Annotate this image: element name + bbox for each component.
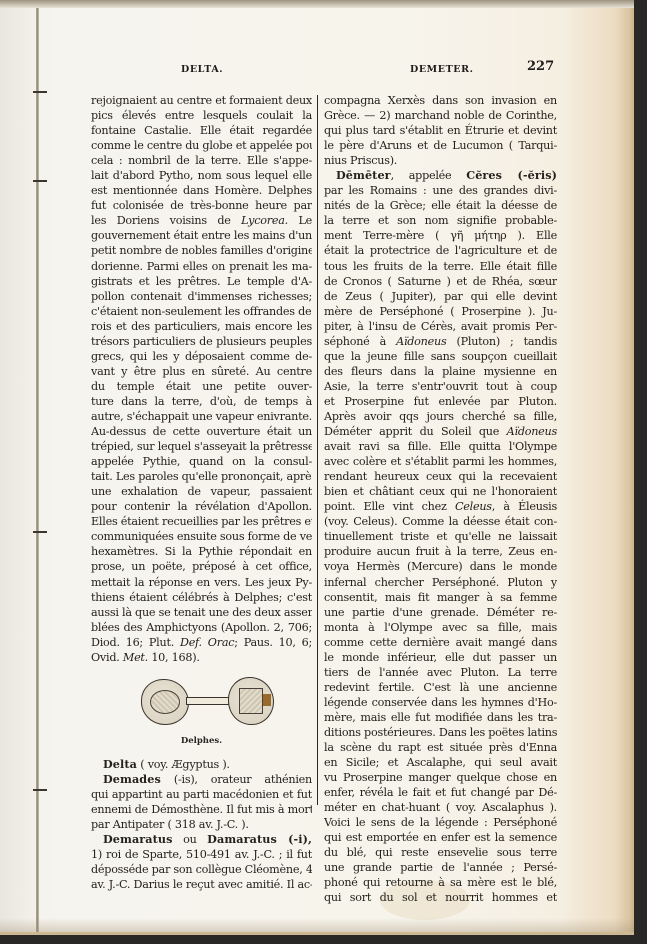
text-line: Elles étaient recueillies par les prêtre… <box>91 514 312 529</box>
text-line: produire aucun fruit à la terre, Zeus en… <box>324 544 557 559</box>
text-line: lait d'abord Pytho, nom sous lequel elle <box>91 168 312 183</box>
entry-text: (-is), orateur athénien <box>161 773 312 786</box>
text-line: tiers de l'année avec Pluton. La terre <box>324 665 557 680</box>
text-line: gouvernement était entre les mains d'un <box>91 228 312 243</box>
text-line: c'étaient non-seulement les offrandes de… <box>91 304 312 319</box>
left-running-head: DELTA. <box>181 64 223 75</box>
text-line: ditions postérieures. Dans les poëtes la… <box>324 725 557 740</box>
page-bottom-edge <box>0 918 634 932</box>
text-line: les Doriens voisins de Lycorea. Le <box>91 213 312 228</box>
coin-illustration: Delphes. <box>91 673 312 751</box>
coin-obverse-ram-head <box>141 679 189 725</box>
text-line: phoné qui retourne à sa mère est le blé, <box>324 875 557 890</box>
text-line: rejoignaient au centre et formaient deux <box>91 93 312 108</box>
right-column: compagna Xerxès dans son invasion en Grè… <box>324 93 557 906</box>
binding-stitch <box>33 789 47 791</box>
text-line: infernal chercher Perséphoné. Pluton y <box>324 575 557 590</box>
text-line: pour contenir la révélation d'Apollon. <box>91 499 312 514</box>
text-line: est mentionnée dans Homère. Delphes <box>91 183 312 198</box>
text-line: dorienne. Parmi elles on prenait les ma- <box>91 259 312 274</box>
text-fragment: 10, 168). <box>151 651 199 664</box>
text-line: blées des Amphictyons (Apollon. 2, 706; <box>91 620 312 635</box>
text-line: mère, mais elle fut modifiée dans les tr… <box>324 710 557 725</box>
binding-stitch <box>33 91 47 93</box>
text-fragment: Le <box>298 214 312 227</box>
entry-delta: Delta ( voy. Ægyptus ). <box>91 757 312 772</box>
text-line: du blé, qui reste ensevelie sous terre <box>324 845 557 860</box>
headword: Damaratus <box>207 832 277 846</box>
headword: Demades <box>103 772 161 786</box>
entry-text: ou <box>173 833 208 846</box>
text-line: pollon contenait d'immenses richesses; <box>91 289 312 304</box>
text-line: qui sort du sol et nourrit hommes et <box>324 890 557 905</box>
text-line: une grande partie de l'année ; Persé- <box>324 860 557 875</box>
text-line: compagna Xerxès dans son invasion en <box>324 93 557 108</box>
text-line: était la protectrice de l'agriculture et… <box>324 243 557 258</box>
text-line: Après avoir qqs jours cherché sa fille, <box>324 409 557 424</box>
binding-stitch <box>33 180 47 182</box>
entry-text: ( voy. Ægyptus ). <box>137 758 230 771</box>
text-line: méter en chat-huant ( voy. Ascalaphus ). <box>324 800 557 815</box>
italic-work-title: Met. <box>123 651 148 664</box>
entry-text: , appelée <box>391 169 467 182</box>
text-line: du temple était une petite ouver- <box>91 379 312 394</box>
text-line: une partie d'une grenade. Déméter re- <box>324 605 557 620</box>
coin-connector <box>186 697 232 705</box>
text-line: nités de la Grèce; elle était la déesse … <box>324 198 557 213</box>
text-line: avait ravi sa fille. Elle quitta l'Olymp… <box>324 439 557 454</box>
right-running-head: DEMETER. <box>410 64 474 75</box>
binding-stitch <box>33 531 47 533</box>
text-line: Au-dessus de cette ouverture était un <box>91 424 312 439</box>
text-line: la scène du rapt est située près d'Enna <box>324 740 557 755</box>
text-line: appelée Pythie, quand on la consul- <box>91 454 312 469</box>
italic-name: Aïdoneus <box>507 425 557 438</box>
italic-name: Aïdoneus <box>396 335 446 348</box>
headword: Cĕres (-ĕris) <box>466 168 557 182</box>
text-line: par les Romains : une des grandes divi- <box>324 183 557 198</box>
figure-caption: Delphes. <box>91 734 312 749</box>
text-line: légende conservée dans les hymnes d'Ho- <box>324 695 557 710</box>
text-line: cela : nombril de la terre. Elle s'appe- <box>91 153 312 168</box>
text-line: 1) roi de Sparte, 510-491 av. J.-C. ; il… <box>91 847 312 862</box>
binding-gutter <box>36 0 39 932</box>
text-line: par Antipater ( 318 av. J.-C. ). <box>91 817 312 832</box>
text-line: ture dans la terre, d'où, de temps à <box>91 394 312 409</box>
page-number: 227 <box>527 59 554 74</box>
text-line: aussi là que se tenait une des deux asse… <box>91 605 312 620</box>
text-line: tait. Les paroles qu'elle prononçait, ap… <box>91 469 312 484</box>
left-column: rejoignaient au centre et formaient deux… <box>91 93 312 892</box>
paper-tab <box>263 694 271 706</box>
text-line: vu Proserpine manger quelque chose en <box>324 770 557 785</box>
text-line: consentit, mais fit manger à sa femme <box>324 590 557 605</box>
text-line: monta à l'Olympe avec sa fille, mais <box>324 620 557 635</box>
book-page: DELTA. DEMETER. 227 rejoignaient au cent… <box>0 0 634 935</box>
text-line: gistrats et les prêtres. Le temple d'A- <box>91 274 312 289</box>
text-line: piter, à l'insu de Cérès, avait promis P… <box>324 319 557 334</box>
text-line: point. Elle vint chez Celeus, à Éleusis <box>324 499 557 514</box>
text-line: des fleurs dans la plaine mysienne en <box>324 364 557 379</box>
text-line: grecs, qui les y déposaient comme de- <box>91 349 312 364</box>
entry-demades: Demades (-is), orateur athénien <box>91 772 312 787</box>
entry-demaratus: Demaratus ou Damaratus (-i), <box>91 832 312 847</box>
text-line: enfer, révéla le fait et fut changé par … <box>324 785 557 800</box>
text-line: trépied, sur lequel s'asseyait la prêtre… <box>91 439 312 454</box>
column-divider <box>317 95 318 805</box>
text-line: av. J.-C. Darius le reçut avec amitié. I… <box>91 877 312 892</box>
italic-work-title: Def. Orac <box>180 636 234 649</box>
text-line: Ovid. Met. 10, 168). <box>91 650 312 665</box>
text-fragment: point. Elle vint chez <box>324 500 447 513</box>
text-line: mettait la réponse en vers. Les jeux Py- <box>91 575 312 590</box>
text-fragment: , à Éleusis <box>492 500 557 513</box>
text-line: et Proserpine fut enlevée par Pluton. <box>324 394 557 409</box>
text-fragment: Ovid. <box>91 651 120 664</box>
text-line: communiquées ensuite sous forme de vers <box>91 529 312 544</box>
text-line: fontaine Castalie. Elle était regardée <box>91 123 312 138</box>
text-line: rois et des particuliers, mais encore le… <box>91 319 312 334</box>
text-line: hexamètres. Si la Pythie répondait en <box>91 544 312 559</box>
text-line: de Cronos ( Saturne ) et de Rhéa, sœur <box>324 274 557 289</box>
text-line: qui appartint au parti macédonien et fut <box>91 787 312 802</box>
binding-fold <box>0 0 36 932</box>
text-line: déposséde par son collègue Cléomène, 491 <box>91 862 312 877</box>
headword: Dēmēter <box>336 168 391 182</box>
text-line: Asie, la terre s'entr'ouvrit tout à coup <box>324 379 557 394</box>
text-line: thiens étaient célébrés à Delphes; c'est <box>91 590 312 605</box>
text-line: Voici le sens de la légende : Perséphoné <box>324 815 557 830</box>
text-fragment: Diod. 16; Plut. <box>91 636 174 649</box>
text-line: nius Priscus). <box>324 153 557 168</box>
headword: Delta <box>103 757 137 771</box>
text-line: Diod. 16; Plut. Def. Orac; Paus. 10, 6; <box>91 635 312 650</box>
text-line: ennemi de Démosthène. Il fut mis à mort <box>91 802 312 817</box>
text-line: fut colonisée de très-bonne heure par <box>91 198 312 213</box>
text-line: la terre et son nom signifie probable- <box>324 213 557 228</box>
text-line: pics élevés entre lesquels coulait la <box>91 108 312 123</box>
goat-head-engraving <box>239 688 263 714</box>
italic-name: Celeus <box>455 500 492 513</box>
text-line: qui plus tard s'établit en Étrurie et de… <box>324 123 557 138</box>
text-line: le père d'Aruns et de Lucumon ( Tarqui- <box>324 138 557 153</box>
text-line: de Zeus ( Jupiter), par qui elle devint <box>324 289 557 304</box>
text-line: vant y être plus en sûreté. Au centre <box>91 364 312 379</box>
text-line: qui est emportée en enfer est la semence <box>324 830 557 845</box>
text-line: mère de Perséphoné ( Proserpine ). Ju- <box>324 304 557 319</box>
text-line: redevint fertile. C'est là une ancienne <box>324 680 557 695</box>
text-line: tinuellement triste et qu'elle ne laissa… <box>324 529 557 544</box>
text-line: que la jeune fille sans soupçon cueillai… <box>324 349 557 364</box>
text-line: (voy. Celeus). Comme la déesse était con… <box>324 514 557 529</box>
text-line: prose, un poëte, préposé à cet office, <box>91 559 312 574</box>
page-top-edge <box>0 0 634 8</box>
text-fragment: ; Paus. 10, 6; <box>234 636 312 649</box>
text-fragment: séphoné à <box>324 335 386 348</box>
text-line: rendant heureux ceux qui la recevaient <box>324 469 557 484</box>
text-line: comme le centre du globe et appelée pour <box>91 138 312 153</box>
text-line: avec colère et s'établit parmi les homme… <box>324 454 557 469</box>
entry-demeter: Dēmēter, appelée Cĕres (-ĕris) <box>324 168 557 183</box>
text-line: voya Hermès (Mercure) dans le monde <box>324 559 557 574</box>
text-line: le monde inférieur, elle dut passer un <box>324 650 557 665</box>
entry-text: (-i), <box>277 832 312 846</box>
text-line: autre, s'échappait une vapeur enivrante. <box>91 409 312 424</box>
text-line: comme cette dernière avait mangé dans <box>324 635 557 650</box>
text-line: séphoné à Aïdoneus (Pluton) ; tandis <box>324 334 557 349</box>
text-line: petit nombre de nobles familles d'origin… <box>91 243 312 258</box>
text-line: ment Terre-mère ( γῆ μήτηρ ). Elle <box>324 228 557 243</box>
text-line: en Sicile; et Ascalaphe, qui seul avait <box>324 755 557 770</box>
text-fragment: Déméter apprit du Soleil que <box>324 425 499 438</box>
ram-head-engraving <box>150 690 180 714</box>
text-line: tous les fruits de la terre. Elle était … <box>324 259 557 274</box>
text-line: trésors particuliers de plusieurs peuple… <box>91 334 312 349</box>
text-line: Grèce. — 2) marchand noble de Corinthe, <box>324 108 557 123</box>
text-fragment: les Doriens voisins de <box>91 214 231 227</box>
text-line: Déméter apprit du Soleil que Aïdoneus <box>324 424 557 439</box>
italic-place-name: Lycorea. <box>241 214 288 227</box>
text-fragment: (Pluton) ; tandis <box>446 335 557 348</box>
text-line: bien et châtiant ceux qui ne l'honoraien… <box>324 484 557 499</box>
text-line: une exhalation de vapeur, passaient <box>91 484 312 499</box>
headword: Demaratus <box>103 832 173 846</box>
